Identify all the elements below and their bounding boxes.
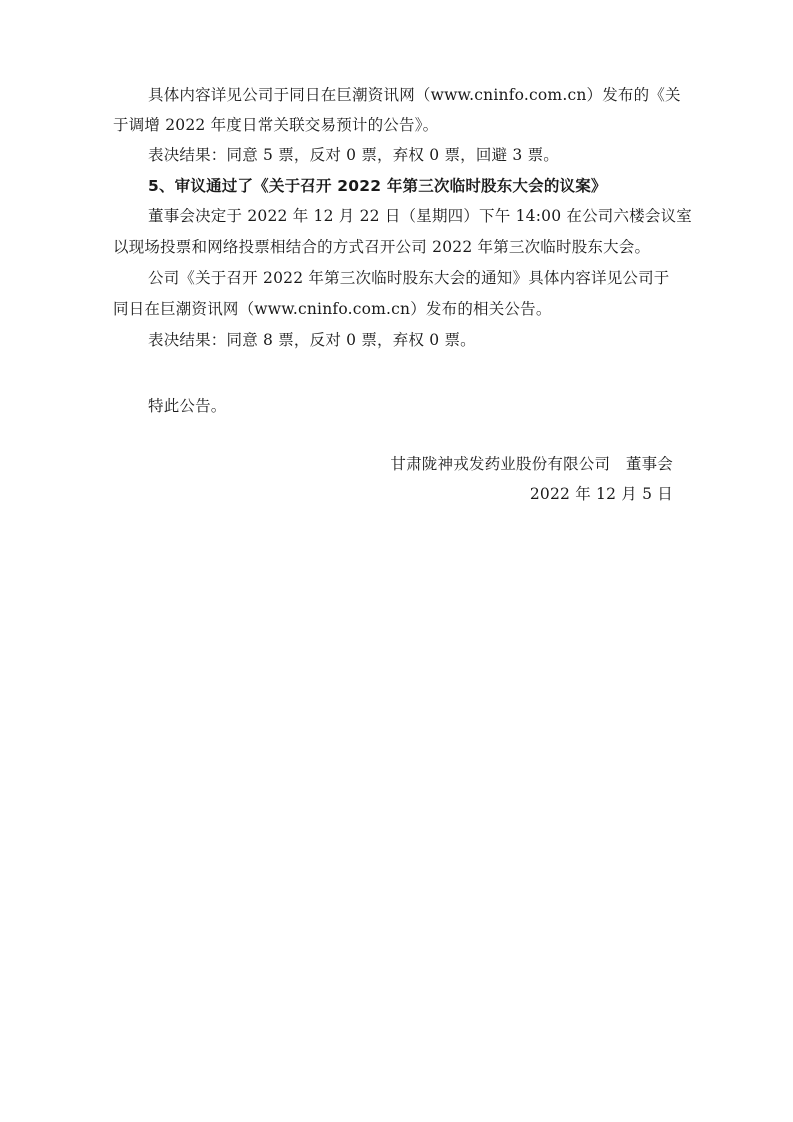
- section-5-heading: 5、审议通过了《关于召开 2022 年第三次临时股东大会的议案》: [148, 176, 673, 196]
- para2-line1: 董事会决定于 2022 年 12 月 22 日（星期四）下午 14:00 在公司…: [148, 206, 673, 226]
- closing-statement: 特此公告。: [148, 396, 673, 416]
- signature-date: 2022 年 12 月 5 日: [113, 484, 673, 504]
- para2-line2: 以现场投票和网络投票相结合的方式召开公司 2022 年第三次临时股东大会。: [113, 237, 673, 257]
- para1-line2: 于调增 2022 年度日常关联交易预计的公告》。: [113, 115, 673, 135]
- para1-line1: 具体内容详见公司于同日在巨潮资讯网（www.cninfo.com.cn）发布的《…: [148, 85, 673, 105]
- para3-line2: 同日在巨潮资讯网（www.cninfo.com.cn）发布的相关公告。: [113, 299, 673, 319]
- vote-result-1: 表决结果：同意 5 票，反对 0 票，弃权 0 票，回避 3 票。: [148, 145, 673, 165]
- para3-line1: 公司《关于召开 2022 年第三次临时股东大会的通知》具体内容详见公司于: [148, 268, 673, 288]
- vote-result-2: 表决结果：同意 8 票，反对 0 票，弃权 0 票。: [148, 330, 673, 350]
- signature-company: 甘肃陇神戎发药业股份有限公司 董事会: [113, 454, 673, 474]
